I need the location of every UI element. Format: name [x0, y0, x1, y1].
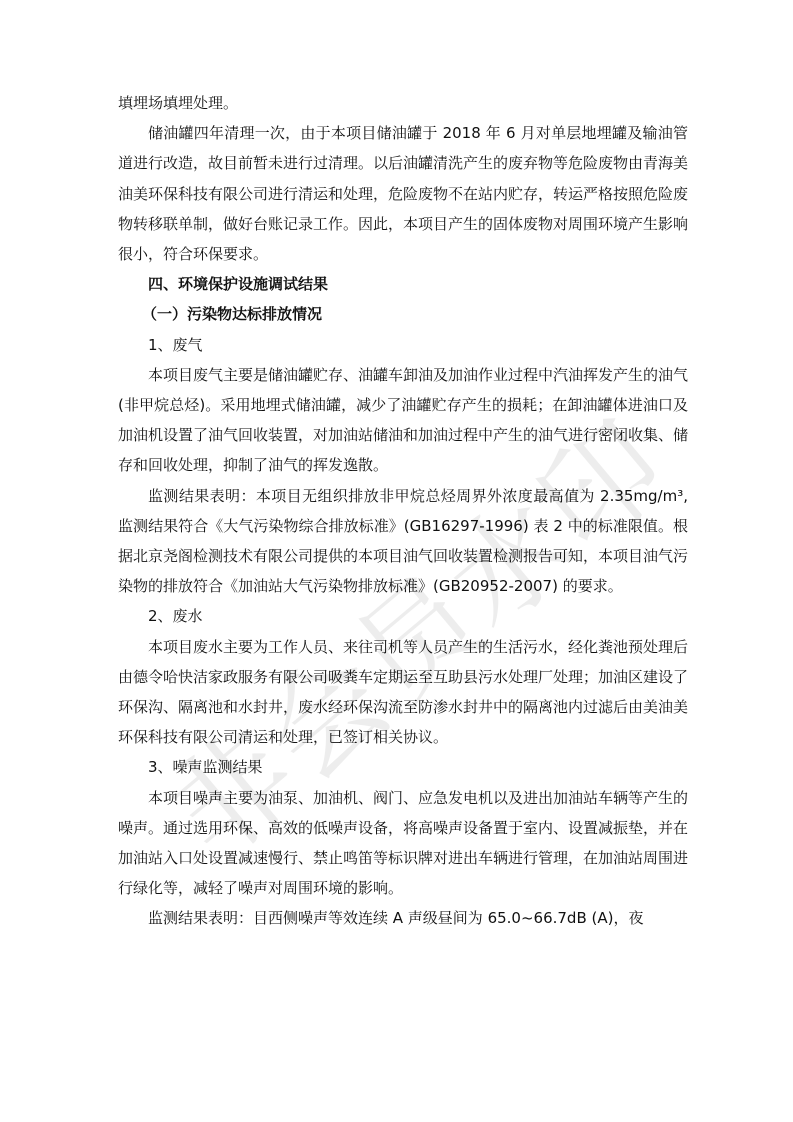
item-heading-exhaust-gas: 1、废气	[118, 330, 688, 360]
paragraph-noise: 本项目噪声主要为油泵、加油机、阀门、应急发电机以及进出加油站车辆等产生的噪声。通…	[118, 783, 688, 904]
paragraph-landfill-end: 填埋场填埋处理。	[118, 88, 688, 118]
item-heading-wastewater: 2、废水	[118, 601, 688, 631]
section-heading-environmental-protection: 四、环境保护设施调试结果	[118, 269, 688, 299]
subsection-heading-pollutant-discharge: （一）污染物达标排放情况	[118, 299, 688, 329]
paragraph-wastewater: 本项目废水主要为工作人员、来往司机等人员产生的生活污水，经化粪池预处理后由德令哈…	[118, 632, 688, 753]
paragraph-exhaust-gas: 本项目废气主要是储油罐贮存、油罐车卸油及加油作业过程中汽油挥发产生的油气(非甲烷…	[118, 360, 688, 481]
document-page: 填埋场填埋处理。 储油罐四年清理一次，由于本项目储油罐于 2018 年 6 月对…	[118, 88, 688, 934]
paragraph-noise-monitoring: 监测结果表明：目西侧噪声等效连续 A 声级昼间为 65.0~66.7dB (A)…	[118, 903, 688, 933]
paragraph-exhaust-monitoring: 监测结果表明：本项目无组织排放非甲烷总烃周界外浓度最高值为 2.35mg/m³,…	[118, 481, 688, 602]
paragraph-tank-cleaning: 储油罐四年清理一次，由于本项目储油罐于 2018 年 6 月对单层地埋罐及输油管…	[118, 118, 688, 269]
item-heading-noise: 3、噪声监测结果	[118, 752, 688, 782]
